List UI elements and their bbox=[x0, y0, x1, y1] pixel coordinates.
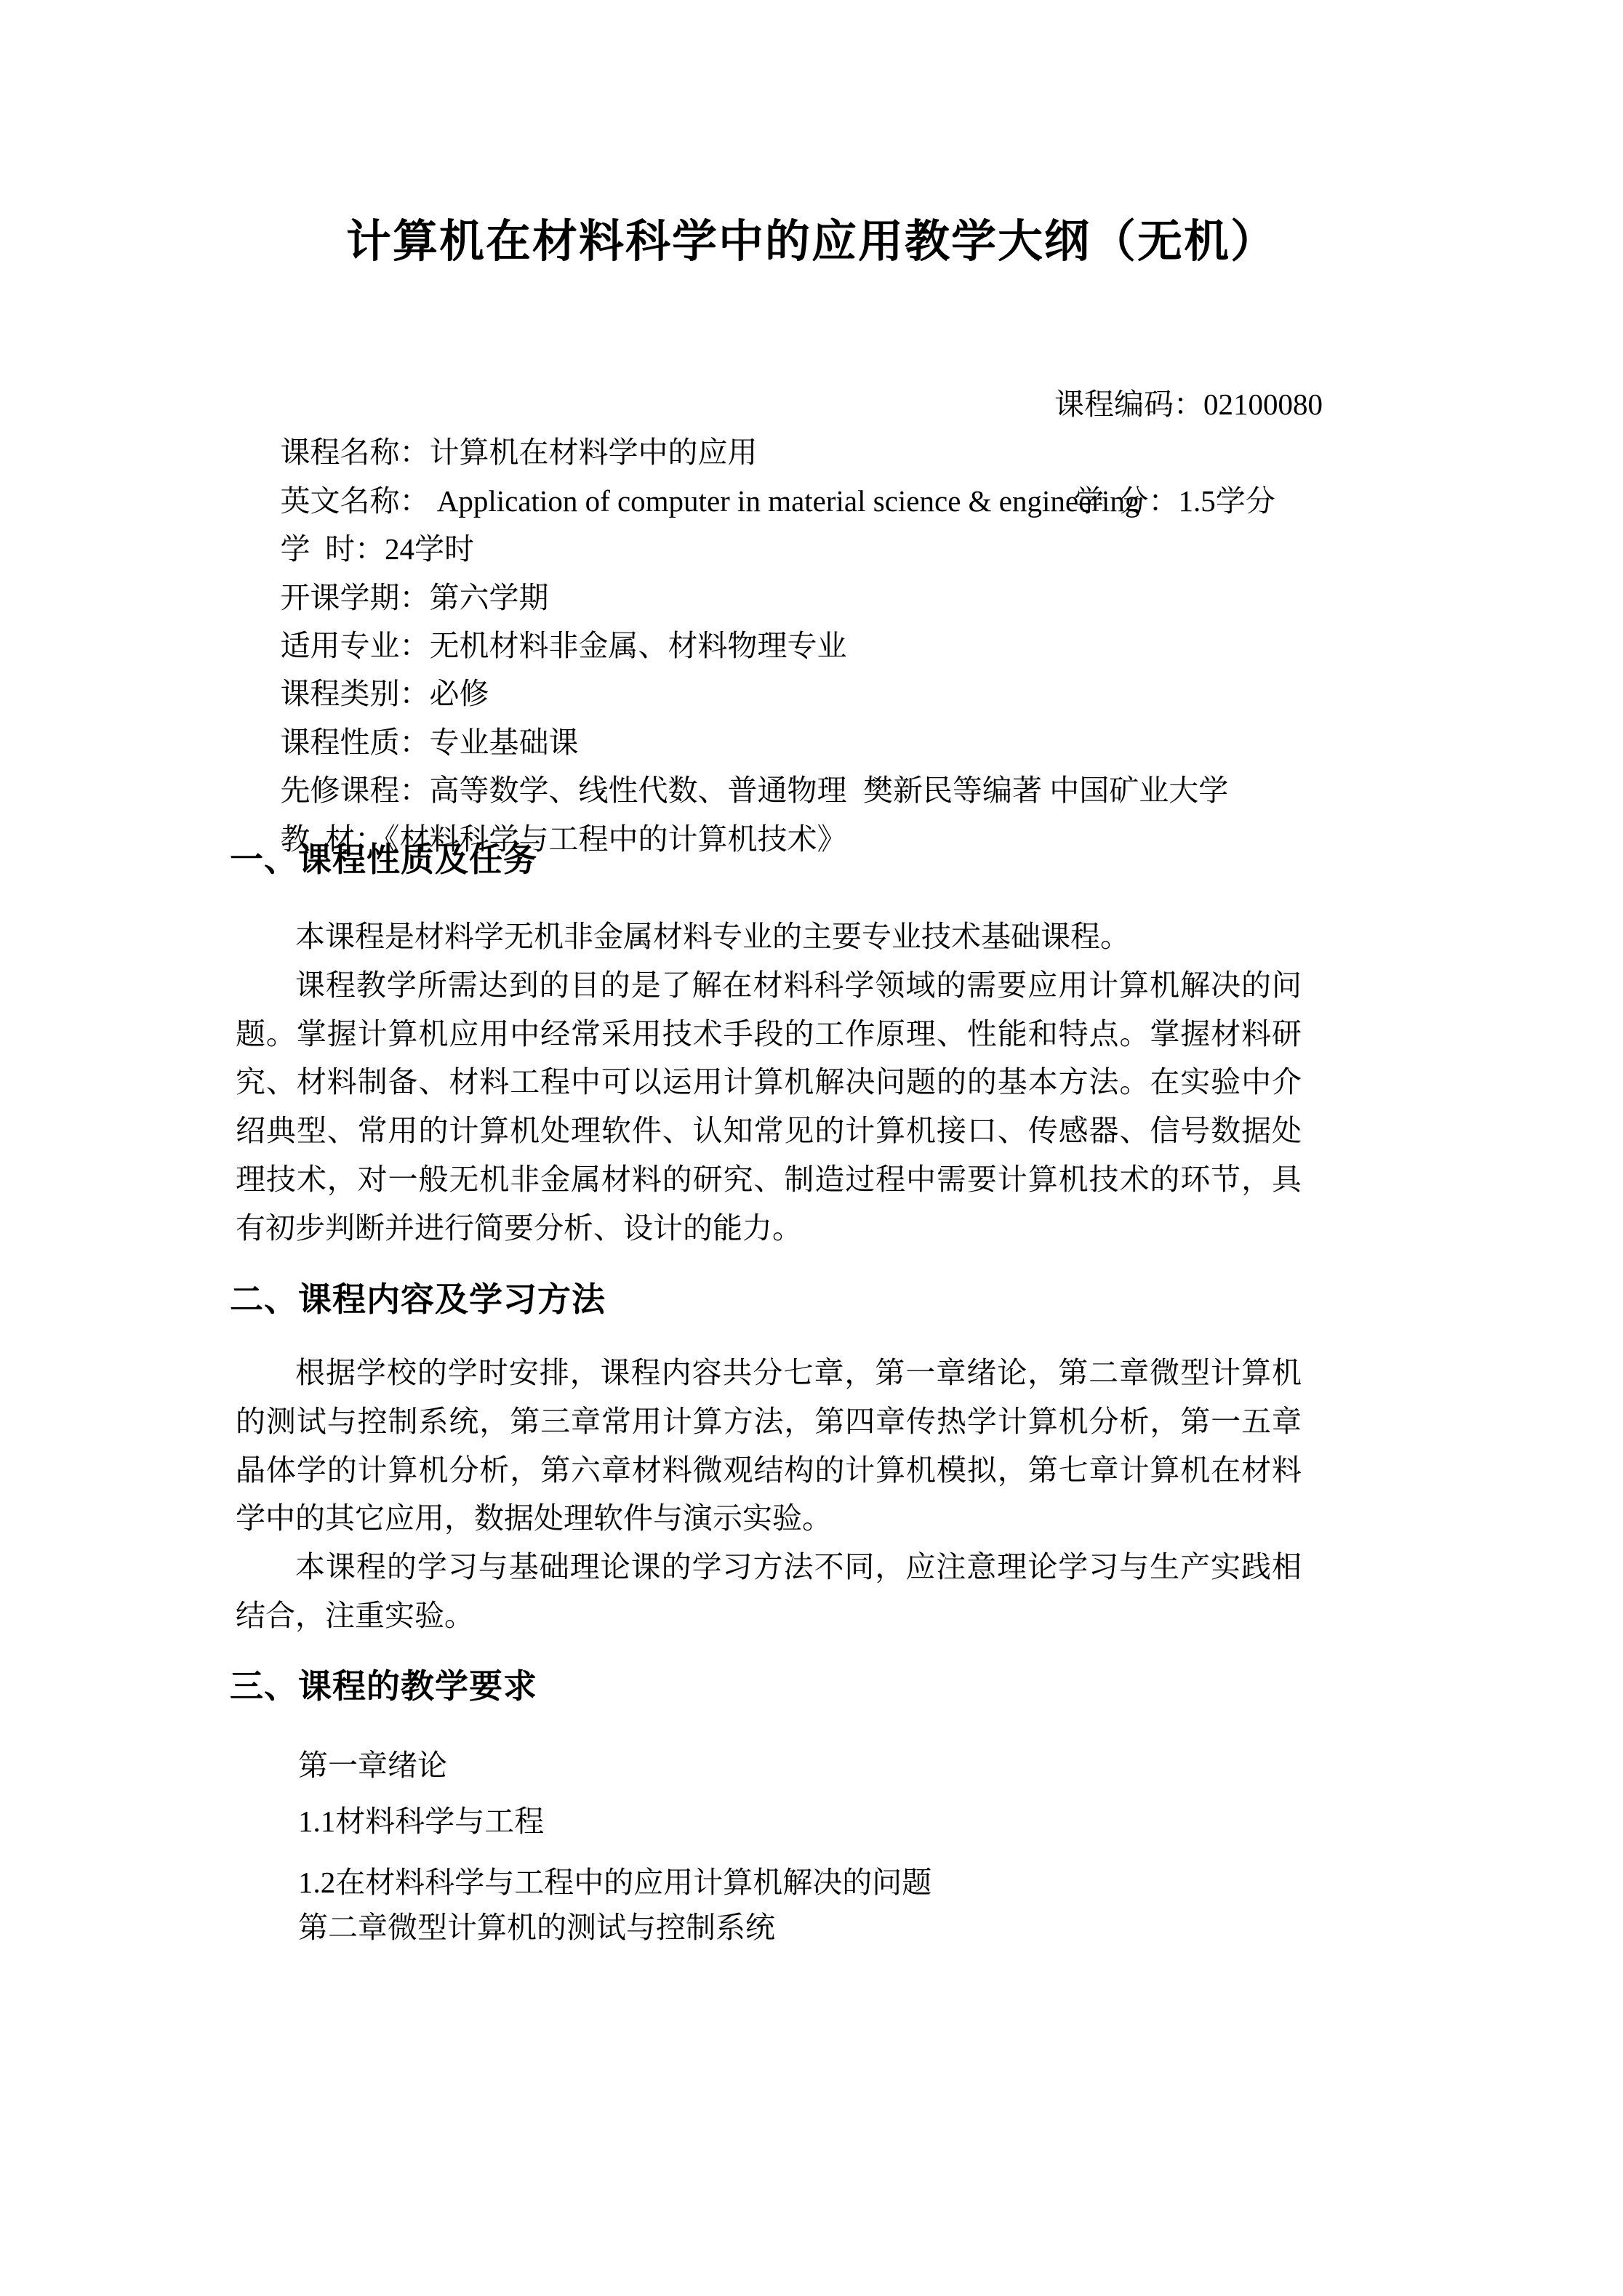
info-row-semester: 开课学期：第六学期 bbox=[236, 525, 1370, 573]
section-heading-2: 二、课程内容及学习方法 bbox=[230, 1282, 606, 1317]
info-row-nature: 课程性质：专业基础课 bbox=[236, 670, 1370, 718]
section-heading-1: 一、课程性质及任务 bbox=[230, 842, 537, 877]
outline-item-chapter2: 第二章微型计算机的测试与控制系统 bbox=[298, 1910, 775, 1946]
document-page: 计算机在材料科学中的应用教学大纲（无机） 课程名称：计算机在材料学中的应用 课程… bbox=[0, 0, 1623, 2296]
paragraph: 本课程的学习与基础理论课的学习方法不同，应注意理论学习与生产实践相结合，注重实验… bbox=[236, 1543, 1302, 1640]
outline-item-1-2: 1.2在材料科学与工程中的应用计算机解决的问题 bbox=[298, 1865, 931, 1900]
outline-item-chapter1: 第一章绪论 bbox=[298, 1748, 447, 1783]
course-code: 课程编码：02100080 bbox=[1054, 380, 1323, 428]
info-row-majors: 适用专业：无机材料非金属、材料物理专业 bbox=[236, 574, 1370, 622]
course-info-block: 课程名称：计算机在材料学中的应用 课程编码：02100080 英文名称： App… bbox=[236, 380, 1370, 815]
info-row-hours: 学 时：24学时 学 分：1.5学分 bbox=[236, 477, 1370, 525]
paragraph: 根据学校的学时安排，课程内容共分七章，第一章绪论，第二章微型计算机的测试与控制系… bbox=[236, 1349, 1302, 1543]
section-2-body: 根据学校的学时安排，课程内容共分七章，第一章绪论，第二章微型计算机的测试与控制系… bbox=[236, 1349, 1302, 1640]
credits: 学 分：1.5学分 bbox=[1074, 477, 1275, 525]
info-row-course-name: 课程名称：计算机在材料学中的应用 课程编码：02100080 bbox=[236, 380, 1370, 428]
outline-item-1-1: 1.1材料科学与工程 bbox=[298, 1804, 544, 1839]
section-heading-3: 三、课程的教学要求 bbox=[230, 1669, 537, 1703]
paragraph: 本课程是材料学无机非金属材料专业的主要专业技术基础课程。 bbox=[236, 912, 1302, 961]
info-row-prerequisites: 先修课程：高等数学、线性代数、普通物理 bbox=[236, 718, 1370, 766]
paragraph: 课程教学所需达到的目的是了解在材料科学领域的需要应用计算机解决的问题。掌握计算机… bbox=[236, 961, 1302, 1253]
textbook-authors: 樊新民等编著 中国矿业大学 bbox=[863, 766, 1228, 814]
info-row-english-name: 英文名称： Application of computer in materia… bbox=[236, 428, 1370, 476]
info-row-textbook: 教 材：《材料科学与工程中的计算机技术》 樊新民等编著 中国矿业大学 bbox=[236, 766, 1370, 814]
page-title: 计算机在材料科学中的应用教学大纲（无机） bbox=[0, 220, 1623, 265]
info-row-category: 课程类别：必修 bbox=[236, 622, 1370, 670]
section-1-body: 本课程是材料学无机非金属材料专业的主要专业技术基础课程。 课程教学所需达到的目的… bbox=[236, 912, 1302, 1253]
